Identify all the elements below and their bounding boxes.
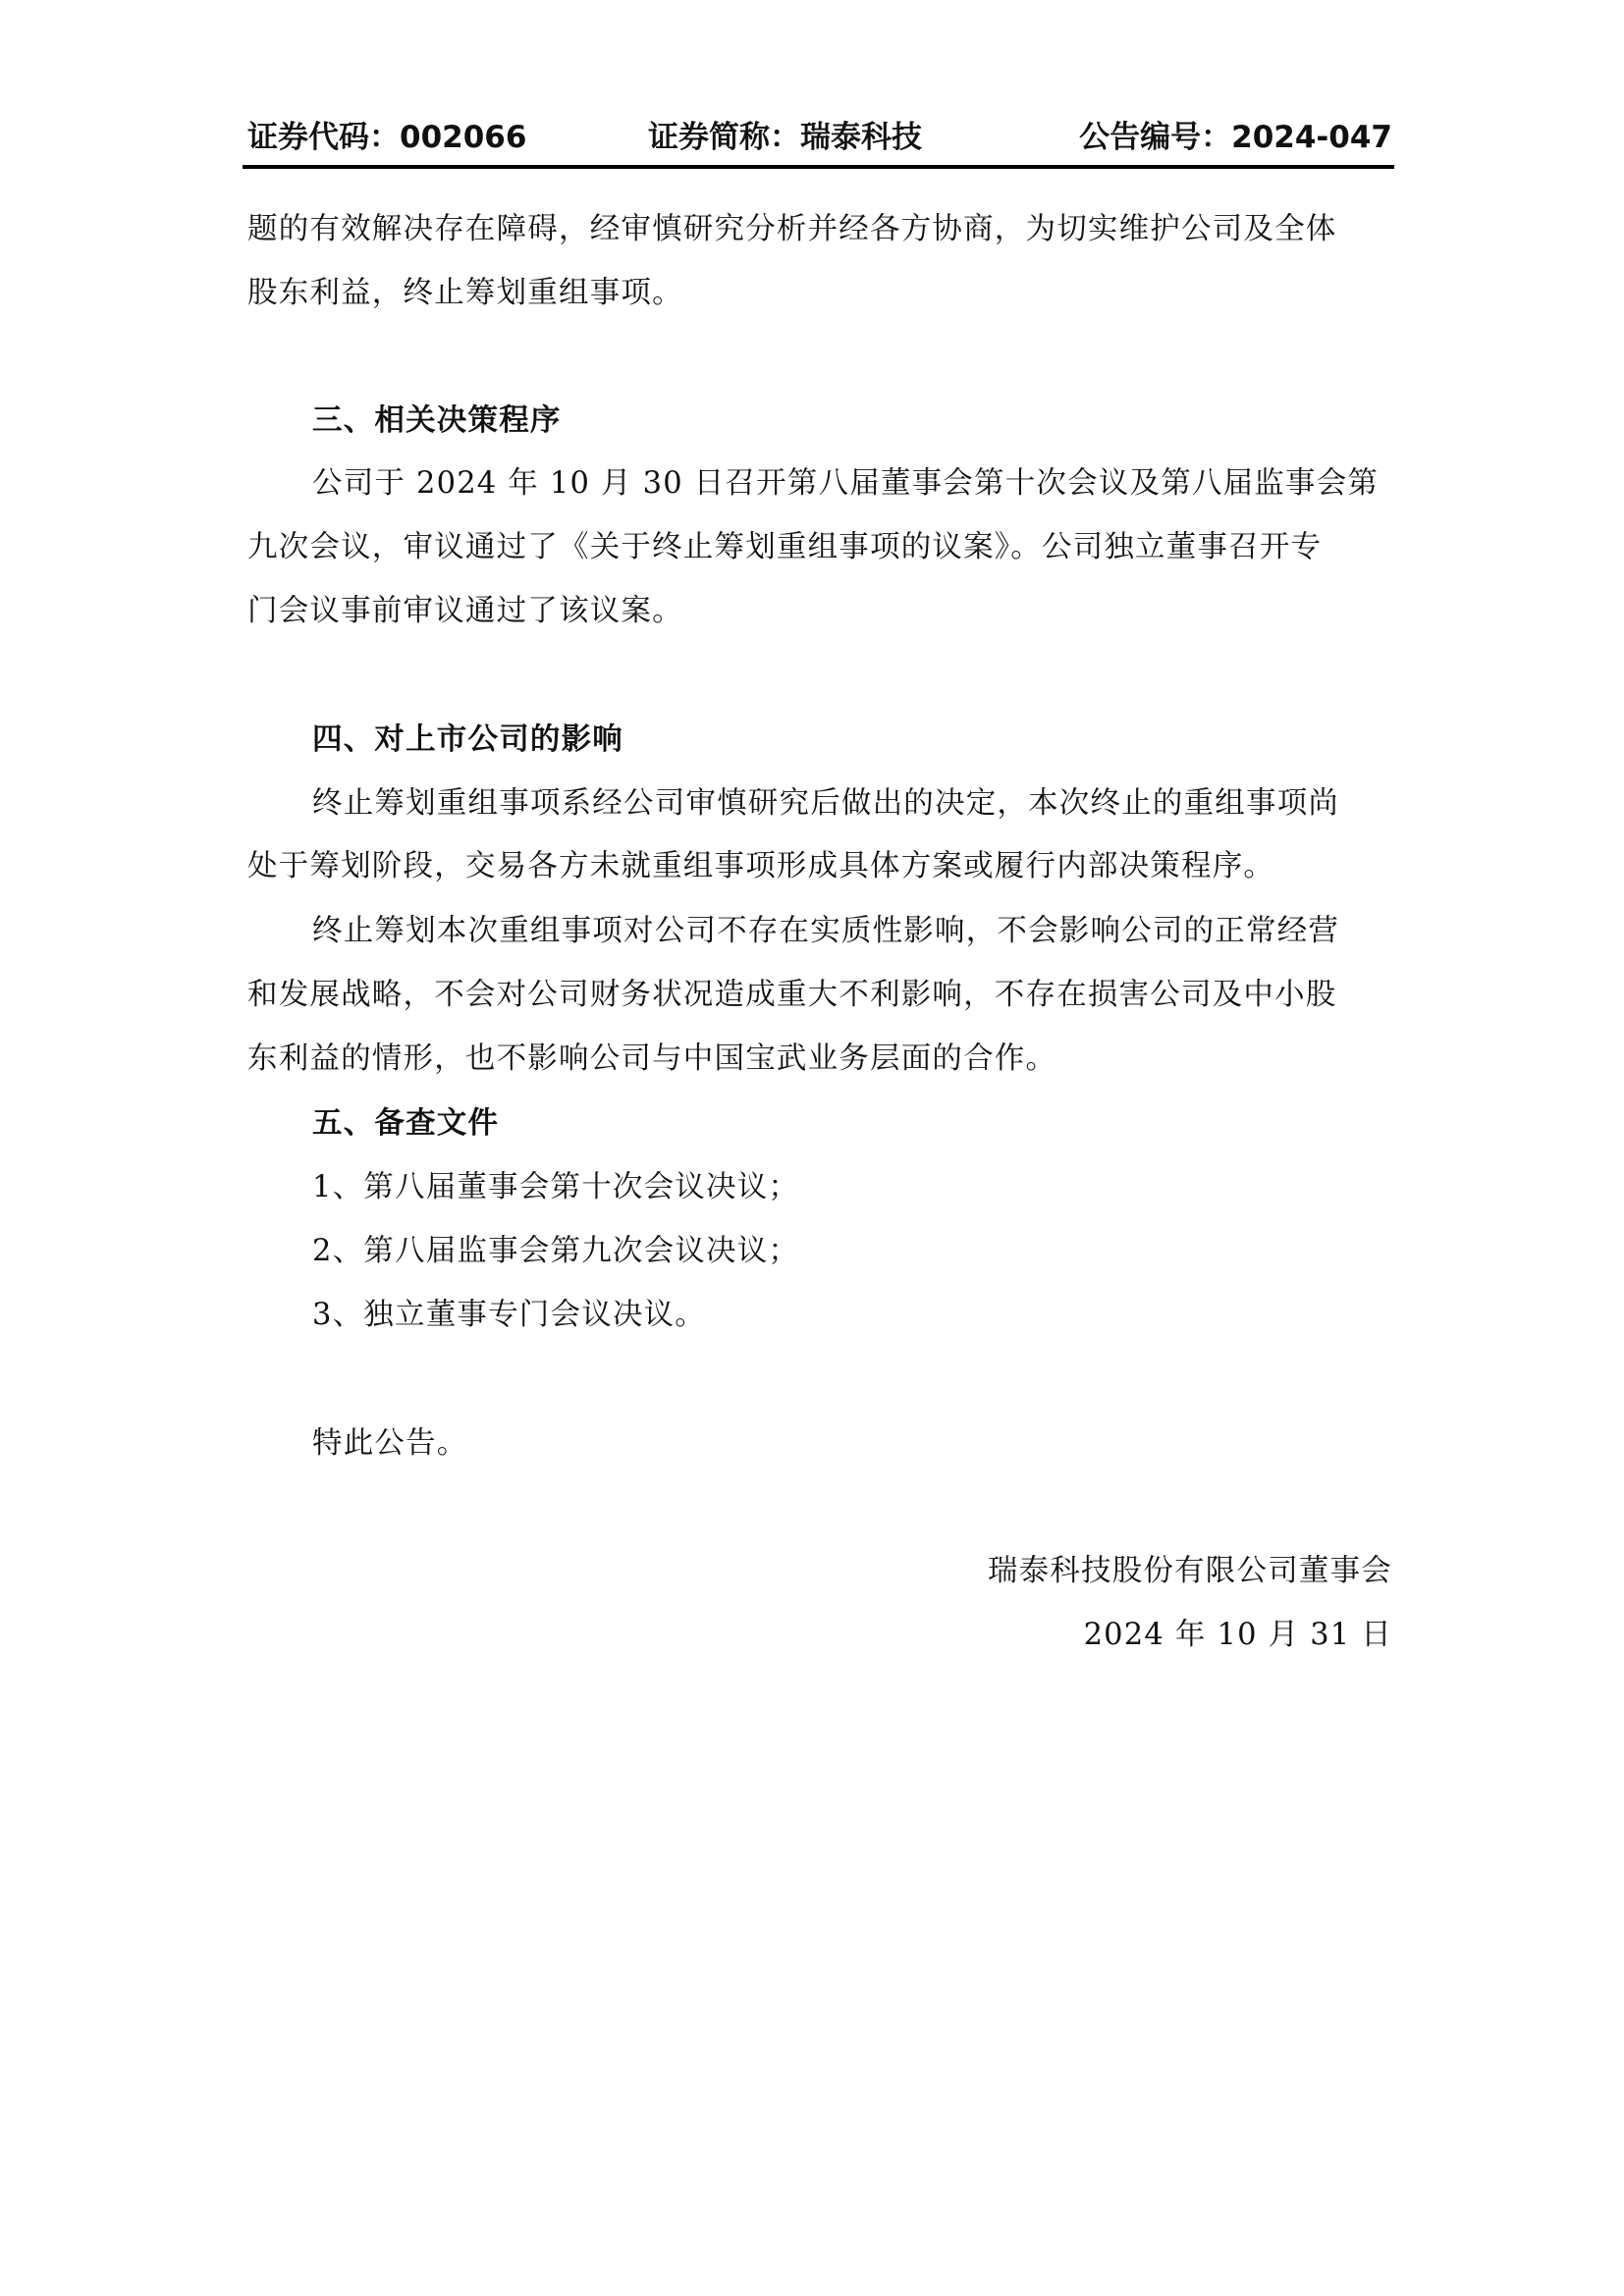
paragraph-line: 和发展战略，不会对公司财务状况造成重大不利影响，不存在损害公司及中小股 <box>247 973 1337 1018</box>
section-heading-decision-procedure: 三、相关决策程序 <box>312 399 562 444</box>
paragraph-line: 公司于 2024 年 10 月 30 日召开第八届董事会第十次会议及第八届监事会… <box>312 461 1379 507</box>
header-divider <box>243 165 1394 169</box>
section-heading-impact: 四、对上市公司的影响 <box>312 718 623 763</box>
section-heading-reference-docs: 五、备查文件 <box>312 1101 499 1147</box>
page-header: 证券代码：002066 证券简称：瑞泰科技 公告编号：2024-047 <box>245 116 1392 159</box>
reference-doc-item: 3、独立董事专门会议决议。 <box>312 1293 706 1338</box>
paragraph-line: 东利益的情形，也不影响公司与中国宝武业务层面的合作。 <box>247 1037 1056 1082</box>
document-page: 证券代码：002066 证券简称：瑞泰科技 公告编号：2024-047 题的有效… <box>0 0 1624 2296</box>
reference-doc-item: 1、第八届董事会第十次会议决议； <box>312 1165 799 1210</box>
stock-code: 证券代码：002066 <box>247 116 526 159</box>
stock-short-name: 证券简称：瑞泰科技 <box>648 116 922 159</box>
paragraph-line: 终止筹划重组事项系经公司审慎研究后做出的决定，本次终止的重组事项尚 <box>312 781 1339 827</box>
paragraph-line: 九次会议，审议通过了《关于终止筹划重组事项的议案》。公司独立董事召开专 <box>247 525 1322 570</box>
announcement-number: 公告编号：2024-047 <box>1079 116 1392 159</box>
paragraph-line: 题的有效解决存在障碍，经审慎研究分析并经各方协商，为切实维护公司及全体 <box>247 207 1337 252</box>
reference-doc-item: 2、第八届监事会第九次会议决议； <box>312 1229 799 1274</box>
paragraph-line: 终止筹划本次重组事项对公司不存在实质性影响，不会影响公司的正常经营 <box>312 909 1339 954</box>
closing-statement: 特此公告。 <box>312 1421 468 1467</box>
paragraph-line: 处于筹划阶段，交易各方未就重组事项形成具体方案或履行内部决策程序。 <box>247 844 1274 889</box>
signature-company: 瑞泰科技股份有限公司董事会 <box>988 1549 1392 1594</box>
signature-date: 2024 年 10 月 31 日 <box>1084 1613 1392 1658</box>
paragraph-line: 门会议事前审议通过了该议案。 <box>247 589 683 634</box>
paragraph-line: 股东利益，终止筹划重组事项。 <box>247 271 683 316</box>
